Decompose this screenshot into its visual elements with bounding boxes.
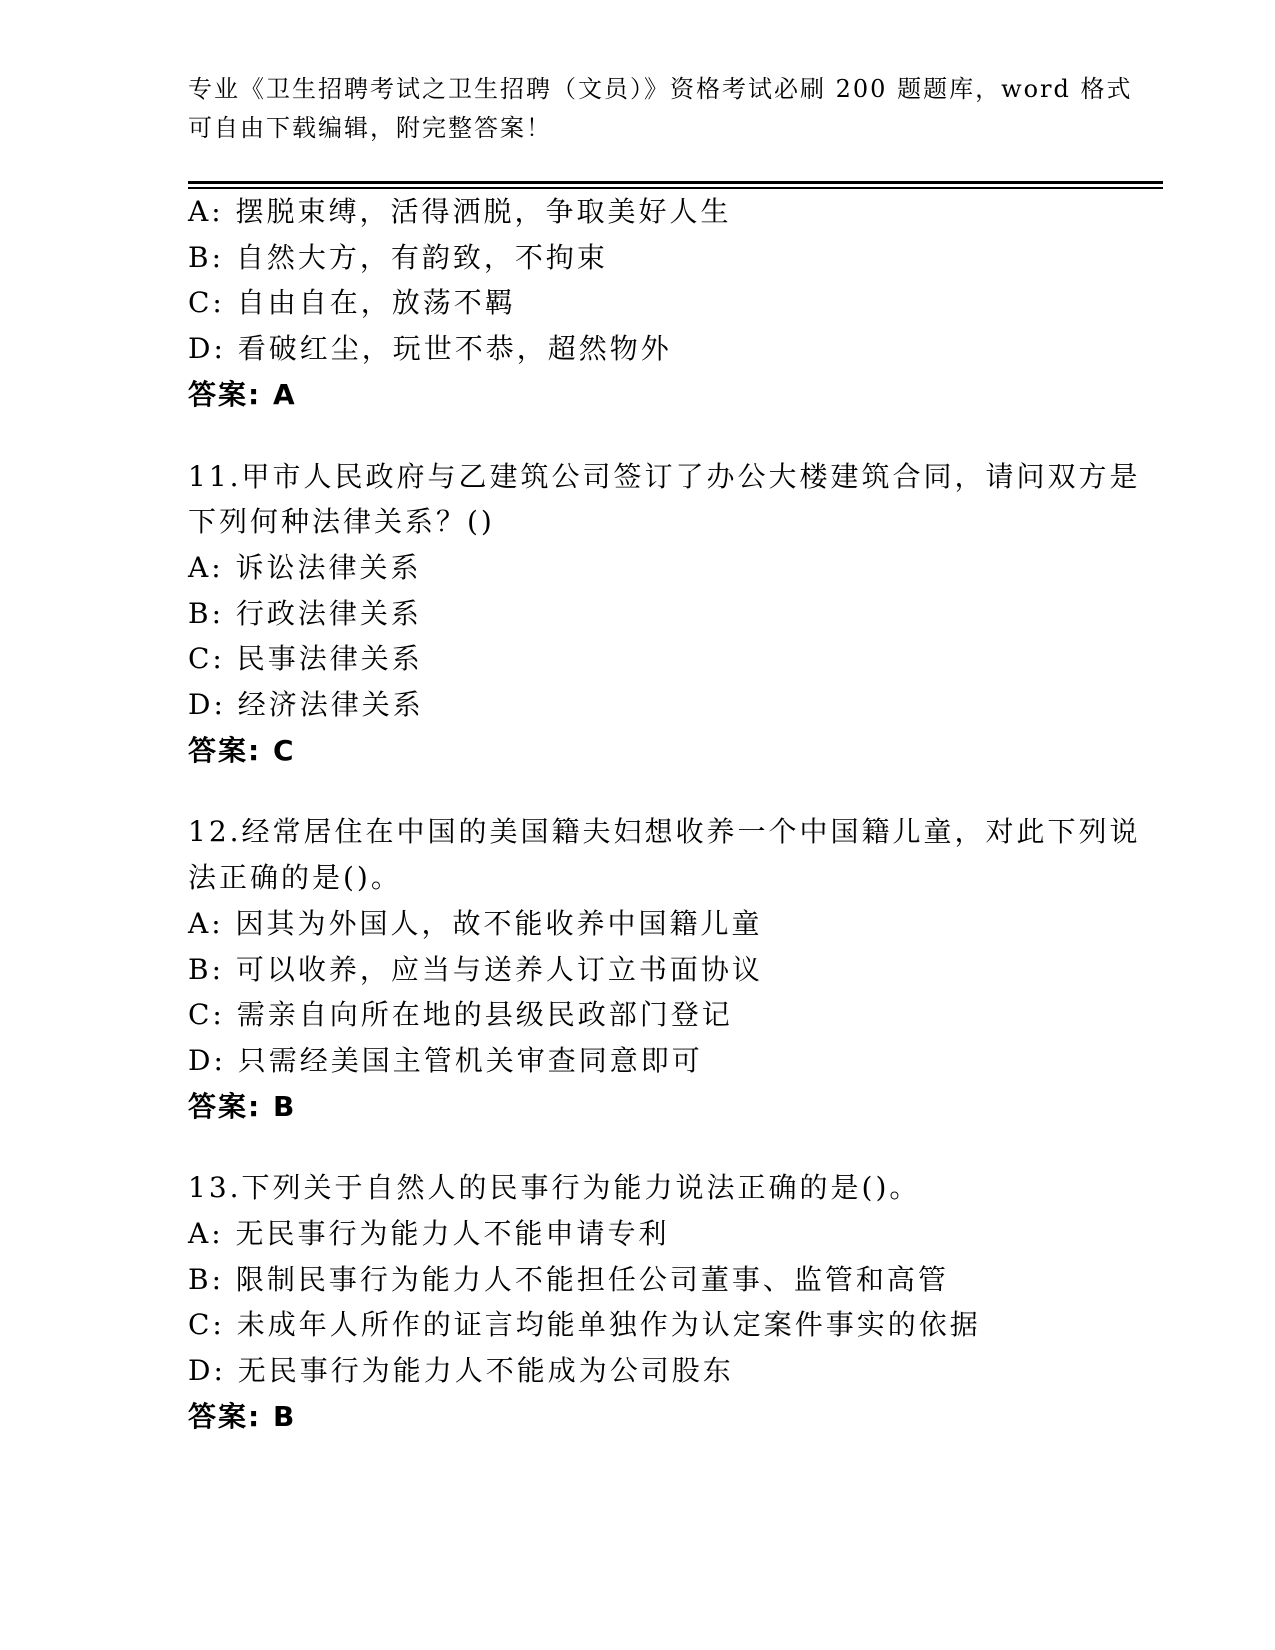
option-line-a: A: 无民事行为能力人不能申请专利 [188,1211,1163,1257]
option-line-d: D: 无民事行为能力人不能成为公司股东 [188,1348,1163,1394]
header-divider-rule [188,181,1163,189]
question-text: 13.下列关于自然人的民事行为能力说法正确的是()。 [188,1165,1163,1211]
option-line-b: B: 限制民事行为能力人不能担任公司董事、监管和高管 [188,1257,1163,1303]
option-line-d: D: 只需经美国主管机关审查同意即可 [188,1038,1163,1084]
answer-line: 答案: B [188,1084,1163,1130]
question-block-12: 12.经常居住在中国的美国籍夫妇想收养一个中国籍儿童，对此下列说 法正确的是()… [188,809,1163,1129]
option-line-c: C: 民事法律关系 [188,636,1163,682]
option-line-d: D: 经济法律关系 [188,682,1163,728]
answer-line: 答案: A [188,372,1163,418]
question-block-continuation: A: 摆脱束缚，活得洒脱，争取美好人生 B: 自然大方，有韵致，不拘束 C: 自… [188,189,1163,418]
question-text: 12.经常居住在中国的美国籍夫妇想收养一个中国籍儿童，对此下列说 法正确的是()… [188,809,1163,900]
option-line-a: A: 诉讼法律关系 [188,545,1163,591]
answer-line: 答案: C [188,728,1163,774]
option-line-b: B: 行政法律关系 [188,591,1163,637]
document-page: 专业《卫生招聘考试之卫生招聘（文员）》资格考试必刷 200 题题库，word 格… [0,0,1275,1650]
answer-line: 答案: B [188,1394,1163,1440]
document-header-title: 专业《卫生招聘考试之卫生招聘（文员）》资格考试必刷 200 题题库，word 格… [188,70,1163,148]
document-body: A: 摆脱束缚，活得洒脱，争取美好人生 B: 自然大方，有韵致，不拘束 C: 自… [188,189,1163,1440]
question-block-13: 13.下列关于自然人的民事行为能力说法正确的是()。 A: 无民事行为能力人不能… [188,1165,1163,1439]
option-line-a: A: 摆脱束缚，活得洒脱，争取美好人生 [188,189,1163,235]
option-line-c: C: 未成年人所作的证言均能单独作为认定案件事实的依据 [188,1302,1163,1348]
document-content: 专业《卫生招聘考试之卫生招聘（文员）》资格考试必刷 200 题题库，word 格… [188,0,1163,1440]
option-line-d: D: 看破红尘，玩世不恭，超然物外 [188,326,1163,372]
question-block-11: 11.甲市人民政府与乙建筑公司签订了办公大楼建筑合同，请问双方是 下列何种法律关… [188,454,1163,774]
option-line-b: B: 自然大方，有韵致，不拘束 [188,235,1163,281]
option-line-a: A: 因其为外国人，故不能收养中国籍儿童 [188,901,1163,947]
option-line-b: B: 可以收养，应当与送养人订立书面协议 [188,947,1163,993]
option-line-c: C: 需亲自向所在地的县级民政部门登记 [188,992,1163,1038]
question-text: 11.甲市人民政府与乙建筑公司签订了办公大楼建筑合同，请问双方是 下列何种法律关… [188,454,1163,545]
option-line-c: C: 自由自在，放荡不羁 [188,280,1163,326]
